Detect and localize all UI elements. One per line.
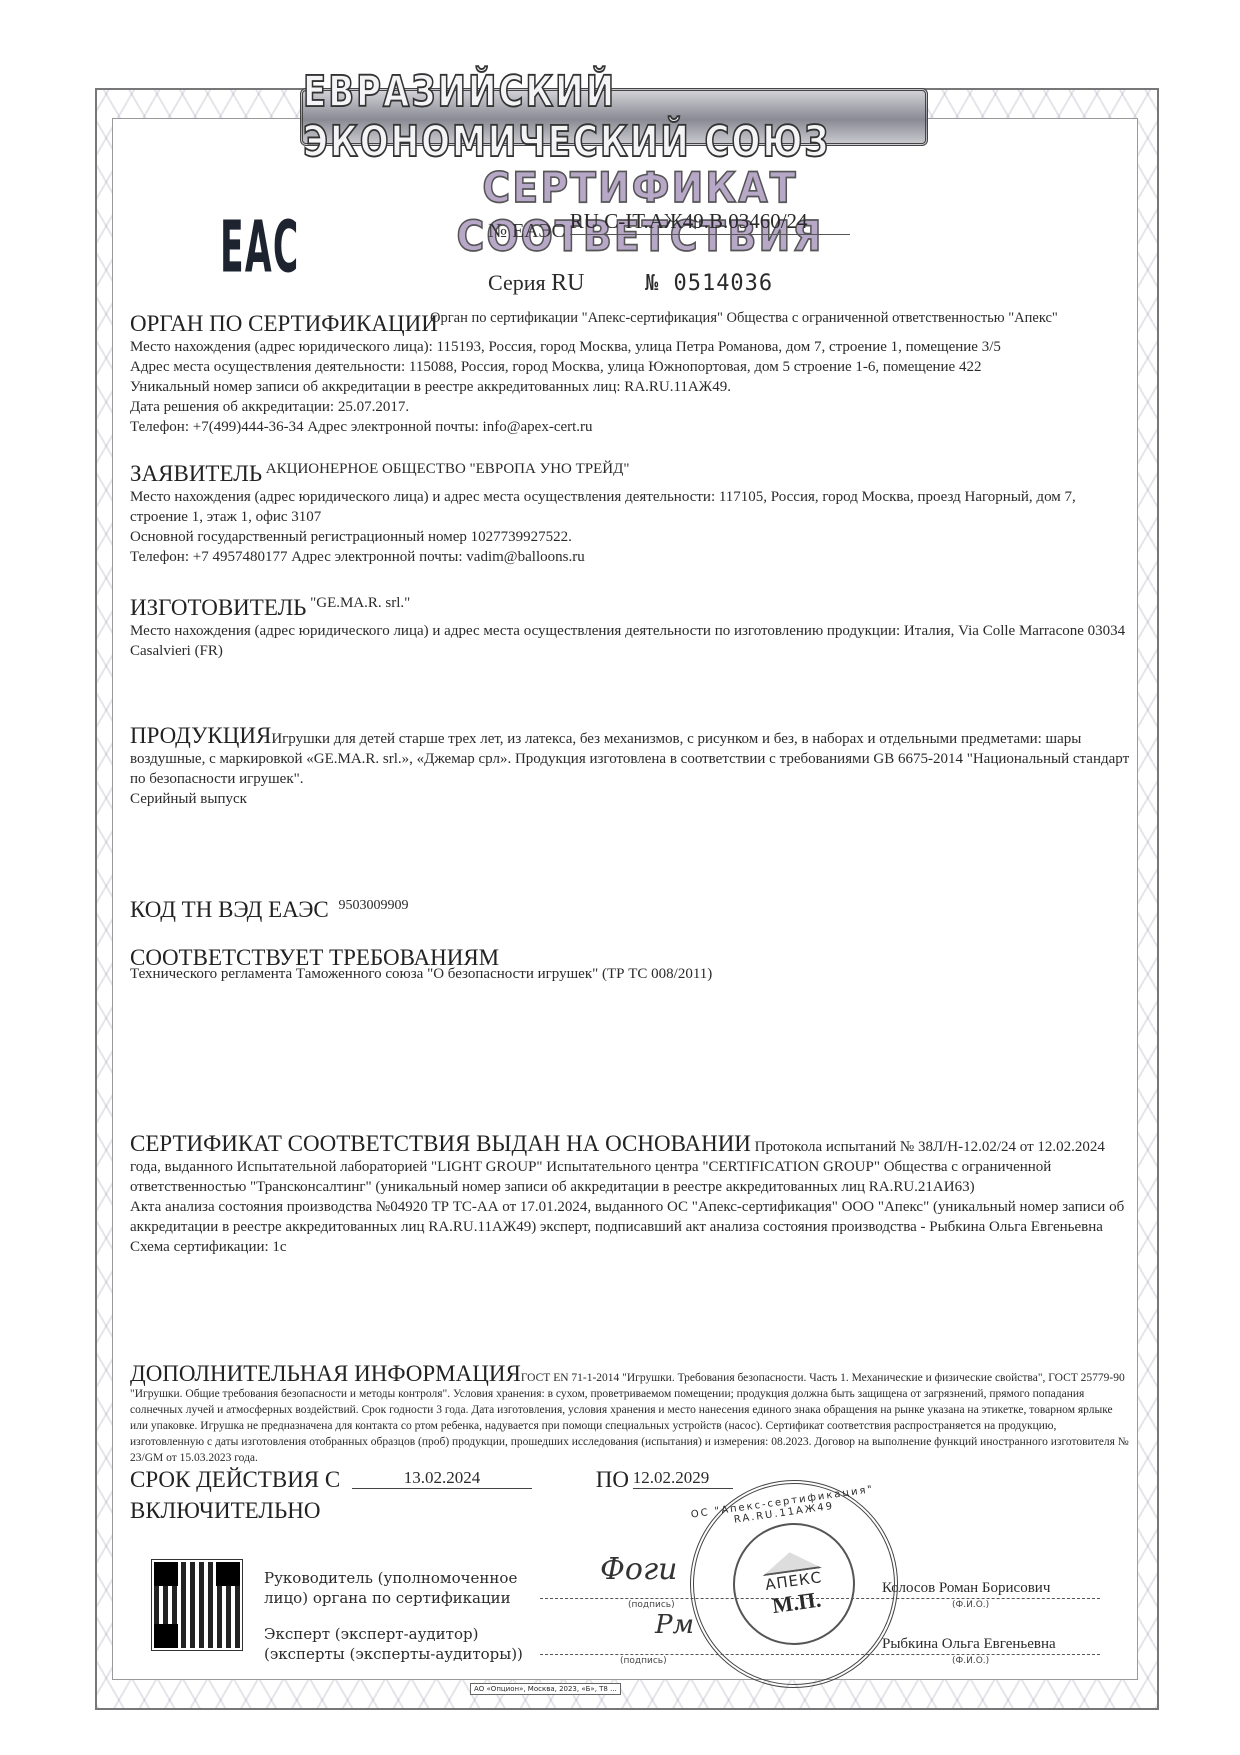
conformity-text: Технического регламента Таможенного союз… bbox=[130, 964, 1130, 984]
cert-body-name: Орган по сертификации "Апекс-сертификаци… bbox=[430, 308, 1130, 328]
heading-basis: СЕРТИФИКАТ СООТВЕТСТВИЯ ВЫДАН НА ОСНОВАН… bbox=[130, 1131, 751, 1156]
head-name: Колосов Роман Борисович bbox=[882, 1578, 1050, 1598]
validity-from-label: СРОК ДЕЙСТВИЯ С bbox=[130, 1467, 340, 1492]
hs-code-value: 9503009909 bbox=[338, 898, 408, 913]
expert-name: Рыбкина Ольга Евгеньевна bbox=[882, 1634, 1056, 1654]
certificate-number-value: RU C-IT.АЖ49.В.03460/24 bbox=[570, 209, 850, 235]
head-signature-icon: Фоги bbox=[600, 1552, 677, 1587]
section-certification-body: ОРГАН ПО СЕРТИФИКАЦИИ Орган по сертифика… bbox=[130, 314, 1120, 437]
cert-body-line: Дата решения об аккредитации: 25.07.2017… bbox=[130, 397, 1120, 417]
section-basis: СЕРТИФИКАТ СООТВЕТСТВИЯ ВЫДАН НА ОСНОВАН… bbox=[130, 1134, 1130, 1257]
validity-to-label: ПО bbox=[596, 1467, 629, 1492]
product-description: Игрушки для детей старше трех лет, из ла… bbox=[130, 731, 1129, 787]
applicant-line: Телефон: +7 4957480177 Адрес электронной… bbox=[130, 547, 1130, 567]
cert-body-line: Уникальный номер записи об аккредитации … bbox=[130, 377, 1120, 397]
signature-caption: (подпись) bbox=[628, 1600, 675, 1610]
cert-body-line: Телефон: +7(499)444-36-34 Адрес электрон… bbox=[130, 417, 1120, 437]
applicant-line: Основной государственный регистрационный… bbox=[130, 527, 1130, 547]
printer-imprint: АО «Опцион», Москва, 2023, «Б», Т8 ... bbox=[470, 1683, 621, 1695]
section-hs-code: КОД ТН ВЭД ЕАЭС 9503009909 bbox=[130, 900, 408, 924]
additional-text: ГОСТ EN 71-1-2014 "Игрушки. Требования б… bbox=[130, 1372, 1129, 1464]
head-signature-label: Руководитель (уполномоченное лицо) орган… bbox=[264, 1568, 544, 1608]
eac-logo-icon: EAC bbox=[220, 205, 299, 289]
heading-additional: ДОПОЛНИТЕЛЬНАЯ ИНФОРМАЦИЯ bbox=[130, 1361, 521, 1386]
heading-applicant: ЗАЯВИТЕЛЬ bbox=[130, 461, 262, 486]
product-release: Серийный выпуск bbox=[130, 789, 1130, 809]
form-number: 0514036 bbox=[673, 271, 773, 296]
certificate-number: № ЕАЭС RU C-IT.АЖ49.В.03460/24 bbox=[488, 218, 850, 244]
applicant-name: АКЦИОНЕРНОЕ ОБЩЕСТВО "ЕВРОПА УНО ТРЕЙД" bbox=[266, 461, 630, 477]
cert-body-line: Адрес места осуществления деятельности: … bbox=[130, 357, 1120, 377]
manufacturer-name: "GE.MA.R. srl." bbox=[310, 595, 410, 611]
applicant-line: Место нахождения (адрес юридического лиц… bbox=[130, 487, 1130, 527]
validity-to-date: 12.02.2029 bbox=[633, 1468, 733, 1489]
fio-caption: (Ф.И.О.) bbox=[952, 1600, 989, 1610]
series-value: RU bbox=[551, 270, 584, 296]
section-conformity: СООТВЕТСТВУЕТ ТРЕБОВАНИЯМ Технического р… bbox=[130, 948, 1130, 984]
section-product: ПРОДУКЦИЯИгрушки для детей старше трех л… bbox=[130, 726, 1130, 809]
validity-from-date: 13.02.2024 bbox=[352, 1468, 532, 1489]
basis-act: Акта анализа состояния производства №049… bbox=[130, 1197, 1130, 1237]
qr-code-icon bbox=[152, 1560, 242, 1650]
section-applicant: ЗАЯВИТЕЛЬ АКЦИОНЕРНОЕ ОБЩЕСТВО "ЕВРОПА У… bbox=[130, 464, 1130, 567]
manufacturer-line: Место нахождения (адрес юридического лиц… bbox=[130, 621, 1130, 661]
signature-caption: (подпись) bbox=[620, 1656, 667, 1666]
heading-manufacturer: ИЗГОТОВИТЕЛЬ bbox=[130, 595, 306, 620]
section-manufacturer: ИЗГОТОВИТЕЛЬ "GE.MA.R. srl." Место нахож… bbox=[130, 598, 1130, 661]
fio-caption: (Ф.И.О.) bbox=[952, 1656, 989, 1666]
heading-hs-code: КОД ТН ВЭД ЕАЭС bbox=[130, 897, 329, 922]
certification-scheme: Схема сертификации: 1с bbox=[130, 1237, 1130, 1257]
union-title: ЕВРАЗИЙСКИЙ ЭКОНОМИЧЕСКИЙ СОЮЗ bbox=[303, 67, 925, 167]
union-banner: ЕВРАЗИЙСКИЙ ЭКОНОМИЧЕСКИЙ СОЮЗ bbox=[300, 88, 928, 146]
heading-cert-body: ОРГАН ПО СЕРТИФИКАЦИИ bbox=[130, 311, 438, 336]
heading-product: ПРОДУКЦИЯ bbox=[130, 723, 271, 748]
expert-signature-icon: Рм bbox=[655, 1610, 694, 1640]
series-row: Серия RU № 0514036 bbox=[488, 270, 773, 297]
expert-signature-label: Эксперт (эксперт-аудитор) (эксперты (экс… bbox=[264, 1624, 544, 1664]
section-additional: ДОПОЛНИТЕЛЬНАЯ ИНФОРМАЦИЯГОСТ EN 71-1-20… bbox=[130, 1366, 1130, 1466]
cert-body-line: Место нахождения (адрес юридического лиц… bbox=[130, 337, 1120, 357]
